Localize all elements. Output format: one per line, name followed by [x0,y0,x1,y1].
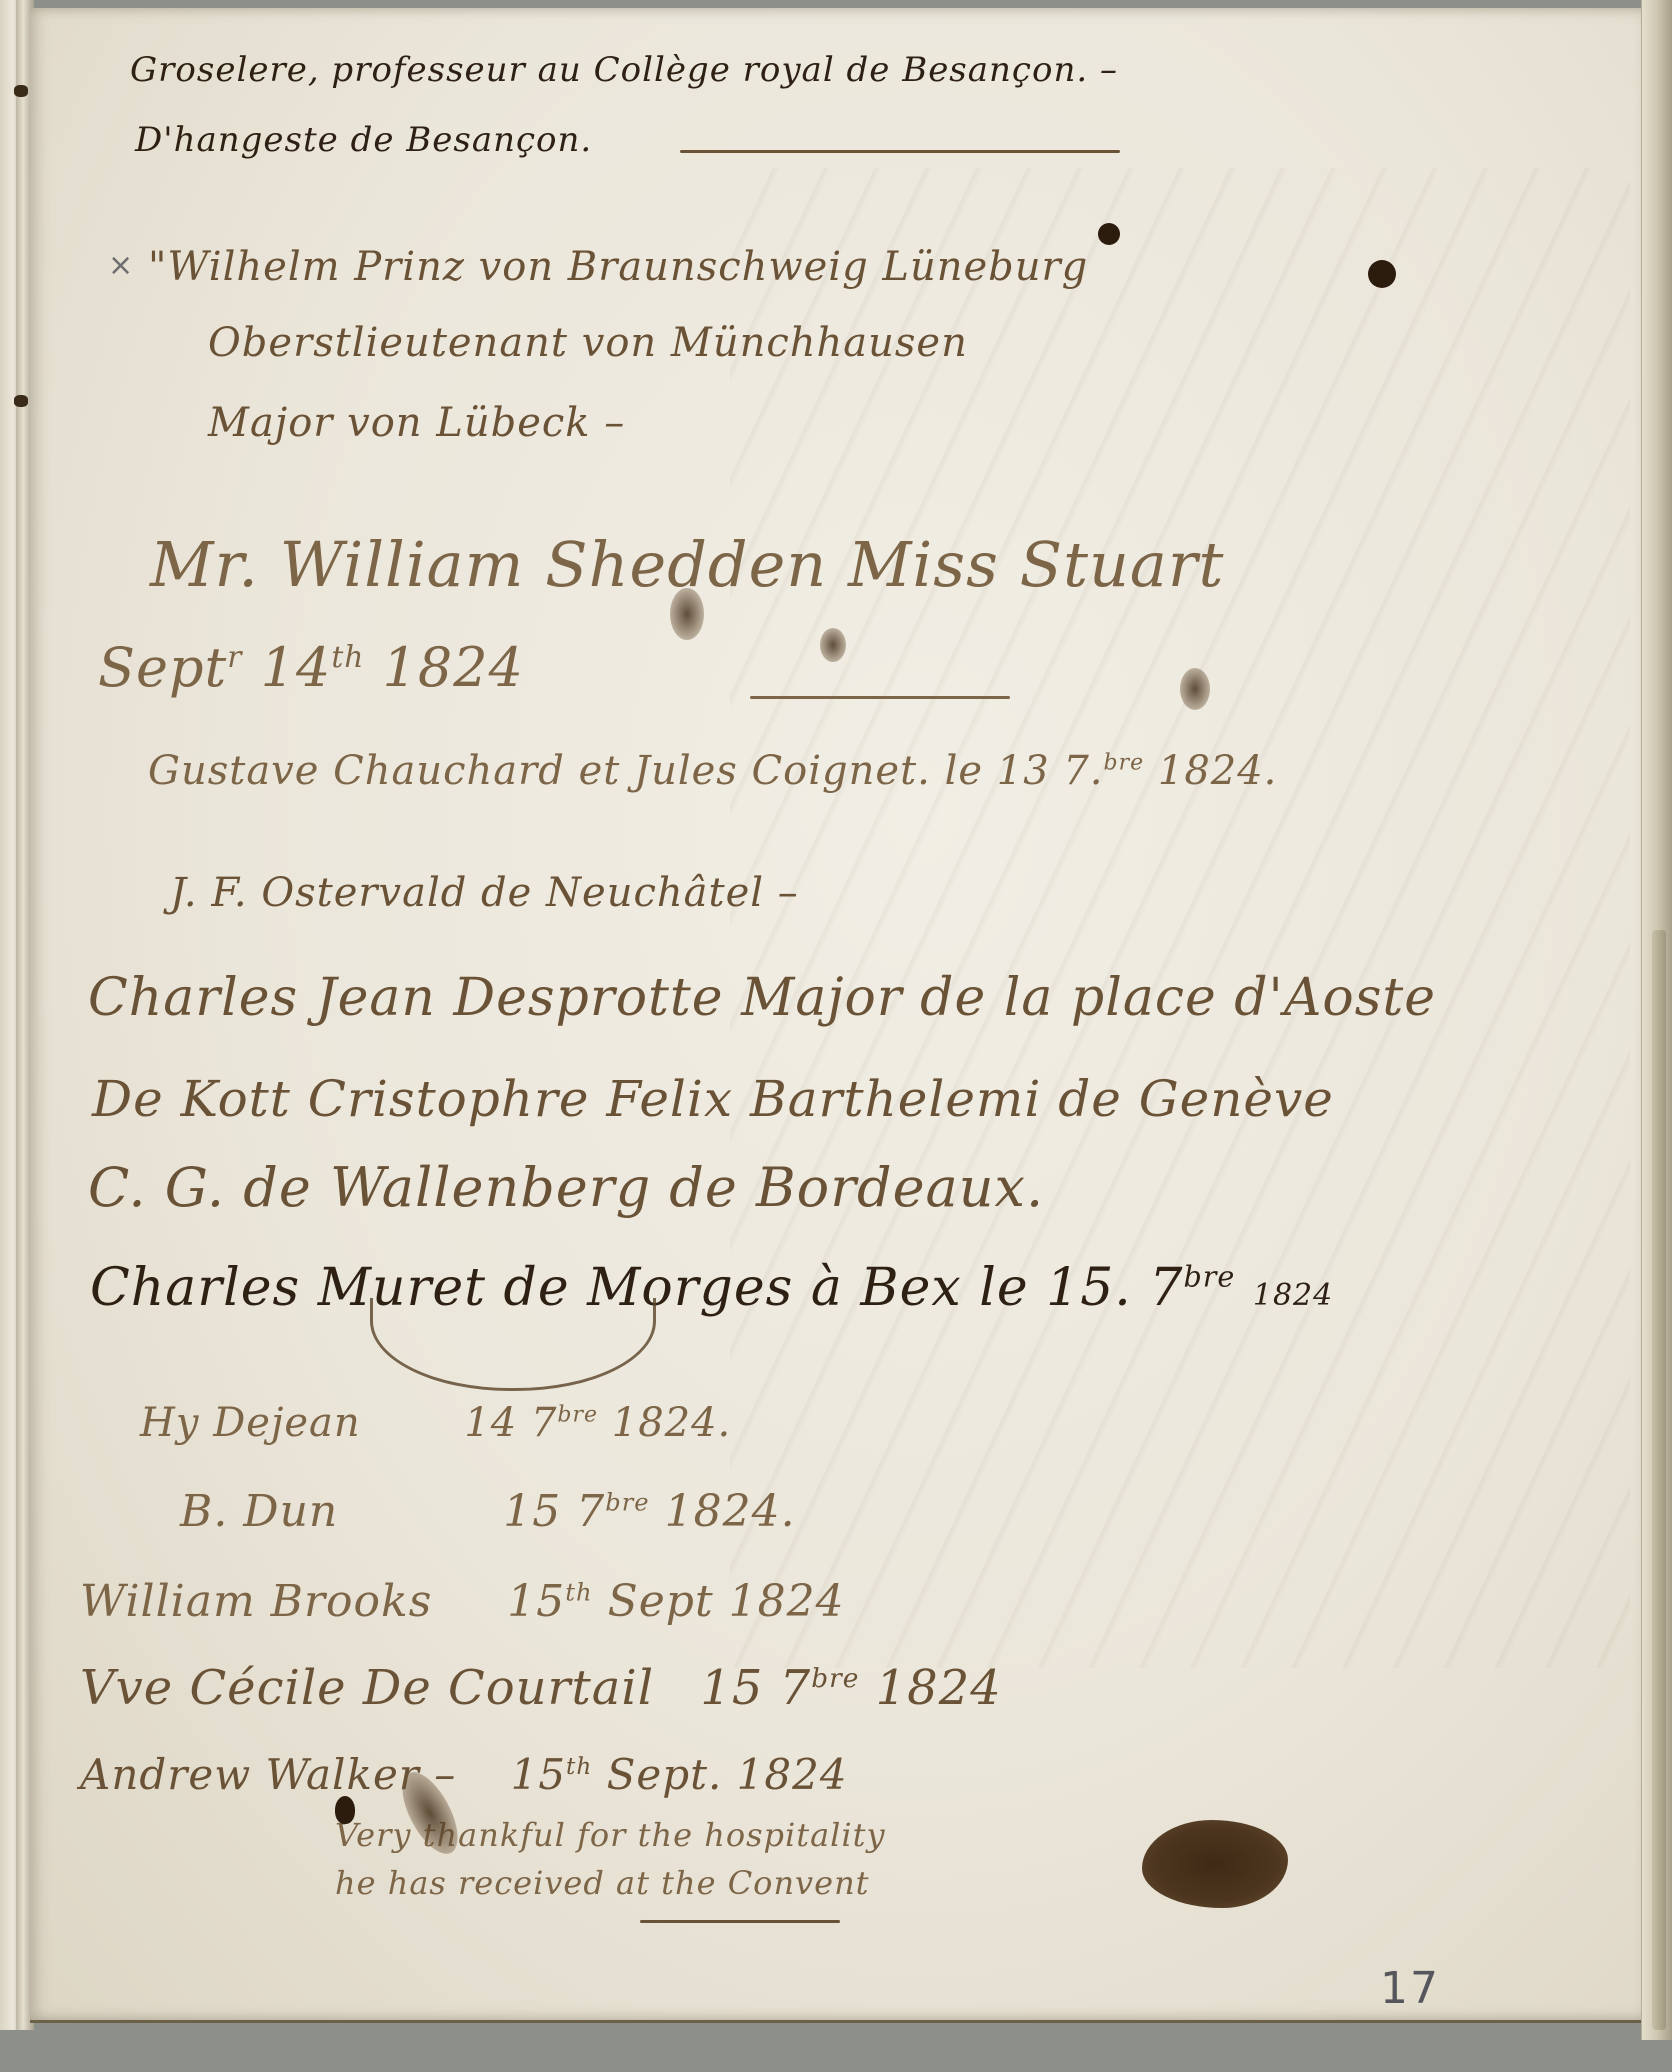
entry-sup: r [227,640,242,675]
entry-text: William Brooks [80,1576,432,1627]
entry-line: Oberstlieutenant von Münchhausen [208,320,968,366]
entry-line: B. Dun 15 7bre 1824. [180,1486,796,1537]
entry-line: William Brooks 15th Sept 1824 [80,1576,845,1627]
entry-rest: Sept. 1824 [607,1750,848,1799]
entry-line: he has received at the Convent [335,1864,870,1902]
entry-line: Major von Lübeck – [208,400,625,446]
signature-flourish [370,1298,656,1391]
entry-line: Andrew Walker – 15th Sept. 1824 [80,1750,848,1799]
entry-year: 1824 [876,1660,1002,1716]
entry-text: Charles Jean Desprotte Major de la place… [88,968,1436,1028]
entry-sup: th [565,1578,592,1606]
entry-date: 15 [511,1750,566,1799]
entry-text: Groselere, professeur au Collège royal d… [130,50,1118,90]
ink-smear [820,628,846,662]
entry-text: Andrew Walker – [80,1750,456,1799]
binding-stitch [14,85,28,97]
entry-line: Gustave Chauchard et Jules Coignet. le 1… [148,748,1277,794]
entry-date: 15 7 [503,1486,605,1537]
entry-line: "Wilhelm Prinz von Braunschweig Lüneburg [148,244,1088,290]
entry-text: Gustave Chauchard et Jules Coignet. le 1… [148,748,1104,794]
entry-line: D'hangeste de Besançon. [135,120,592,160]
entry-text: C. G. de Wallenberg de Bordeaux. [88,1156,1044,1219]
entry-year: 1824. [1158,748,1278,794]
entry-day-sup: th [331,640,364,675]
entry-date: 14 7 [464,1400,557,1446]
ruled-separator [680,150,1120,153]
entry-sup: bre [1104,751,1145,776]
entry-text: D'hangeste de Besançon. [135,120,592,160]
entry-date: 15 7 [700,1660,811,1716]
entry-date: 15 [507,1576,565,1627]
ink-smear [670,588,704,640]
entry-line: De Kott Cristophre Felix Barthelemi de G… [92,1070,1334,1128]
entry-text: Hy Dejean [140,1400,361,1446]
entry-line: C. G. de Wallenberg de Bordeaux. [88,1156,1044,1219]
entry-line: Groselere, professeur au Collège royal d… [130,50,1118,90]
ink-bleed-through [730,168,1630,1668]
entry-line: Hy Dejean 14 7bre 1824. [140,1400,731,1446]
entry-year: 1824 [1253,1278,1333,1313]
entry-line: Charles Jean Desprotte Major de la place… [88,968,1436,1028]
ink-blot [335,1796,355,1824]
ink-smear [1180,668,1210,710]
ruled-separator [640,1920,840,1923]
entry-text: B. Dun [180,1486,338,1537]
binding-stitch [14,395,28,407]
entry-text: J. F. Ostervald de Neuchâtel – [170,870,799,916]
entry-rest: Sept 1824 [608,1576,845,1627]
entry-line: Septr 14th 1824 [98,636,524,699]
ink-blot [1098,223,1120,245]
entry-sup: bre [1183,1260,1235,1294]
entry-year: 1824. [665,1486,796,1537]
entry-sup: bre [811,1663,859,1694]
entry-sup: th [566,1754,592,1780]
entry-sup: bre [605,1488,649,1516]
entry-text: De Kott Cristophre Felix Barthelemi de G… [92,1070,1334,1128]
entry-text: Major von Lübeck – [208,400,625,446]
ruled-separator [750,696,1010,699]
entry-text: Sept [98,636,227,699]
register-page: Groselere, professeur au Collège royal d… [30,8,1650,2023]
entry-line: Vve Cécile De Courtail 15 7bre 1824 [80,1660,1002,1716]
entry-year: 1824. [612,1400,732,1446]
page-fore-edge-under [1652,930,1666,2030]
entry-year: 1824 [383,636,524,699]
entry-text: Oberstlieutenant von Münchhausen [208,320,968,366]
entry-line: Charles Muret de Morges à Bex le 15. 7br… [90,1258,1333,1318]
manuscript-scan: Groselere, professeur au Collège royal d… [0,0,1672,2072]
page-number: 17 [1380,1963,1440,2014]
entry-text: he has received at the Convent [335,1864,870,1902]
ink-stain [1142,1820,1288,1908]
ink-blot [1368,260,1396,288]
entry-sup: bre [557,1403,598,1428]
pencil-margin-mark: × [108,248,133,283]
entry-text: "Wilhelm Prinz von Braunschweig Lüneburg [148,244,1088,290]
entry-line: J. F. Ostervald de Neuchâtel – [170,870,799,916]
entry-day: 14 [261,636,332,699]
entry-text: Vve Cécile De Courtail [80,1660,654,1716]
